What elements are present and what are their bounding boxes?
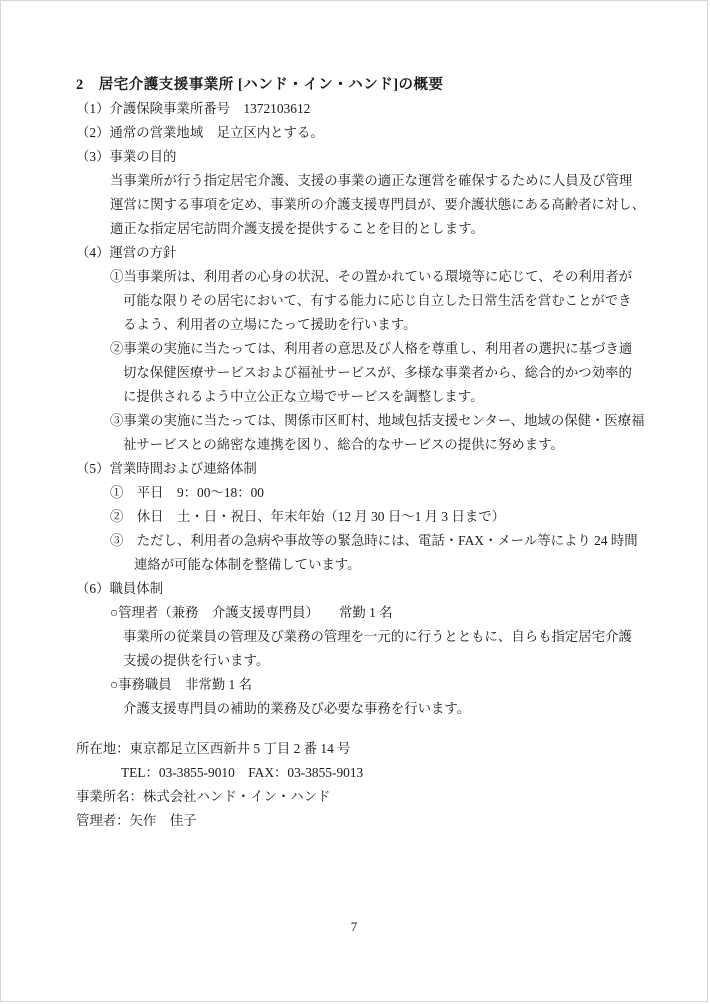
text-line: 可能な限りその居宅において、有する能力に応じ自立した日常生活を営むことができ: [123, 289, 667, 313]
text-line: （1）介護保険事業所番号 1372103612: [76, 97, 667, 121]
text-line: 連絡が可能な体制を整備しています。: [134, 553, 667, 577]
document-page: 2 居宅介護支援事業所 [ハンド・イン・ハンド]の概要 （1）介護保険事業所番号…: [0, 0, 708, 1002]
text-line: ① 平日 9：00～18：00: [110, 481, 667, 505]
text-line: ② 休日 土・日・祝日、年末年始（12 月 30 日～1 月 3 日まで）: [110, 505, 667, 529]
text-line: （3）事業の目的: [76, 145, 667, 169]
text-line: 管理者：矢作 佳子: [76, 809, 667, 833]
text-line: 運営に関する事項を定め、事業所の介護支援専門員が、要介護状態にある高齢者に対し、: [110, 193, 667, 217]
text-line: 適正な指定居宅訪問介護支援を提供することを目的とします。: [110, 217, 667, 241]
text-line: ②事業の実施に当たっては、利用者の意思及び人格を尊重し、利用者の選択に基づき適: [110, 337, 667, 361]
text-line: 介護支援専門員の補助的業務及び必要な事務を行います。: [123, 697, 667, 721]
text-line: ○事務職員 非常勤 1 名: [110, 673, 667, 697]
text-line: 祉サービスとの綿密な連携を図り、総合的なサービスの提供に努めます。: [123, 433, 667, 457]
text-line: 切な保健医療サービスおよび福祉サービスが、多様な事業者から、総合的かつ効率的: [123, 361, 667, 385]
document-lines: （1）介護保険事業所番号 1372103612（2）通常の営業地域 足立区内とす…: [76, 97, 667, 833]
text-line: ③事業の実施に当たっては、関係市区町村、地域包括支援センター、地域の保健・医療福: [110, 409, 667, 433]
text-line: ○管理者（兼務 介護支援専門員） 常勤 1 名: [110, 601, 667, 625]
text-line: 支援の提供を行います。: [123, 649, 667, 673]
text-line: （5）営業時間および連絡体制: [76, 457, 667, 481]
text-line: 当事業所が行う指定居宅介護、支援の事業の適正な運営を確保するために人員及び管理: [110, 169, 667, 193]
text-line: 事業所名：株式会社ハンド・イン・ハンド: [76, 785, 667, 809]
text-line: （2）通常の営業地域 足立区内とする。: [76, 121, 667, 145]
text-line: ③ ただし、利用者の急病や事故等の緊急時には、電話・FAX・メール等により 24…: [110, 529, 667, 553]
text-line: るよう、利用者の立場にたって援助を行います。: [123, 313, 667, 337]
document-title: 2 居宅介護支援事業所 [ハンド・イン・ハンド]の概要: [76, 73, 667, 97]
text-line: 所在地：東京都足立区西新井 5 丁目 2 番 14 号: [76, 737, 667, 761]
text-line: TEL：03-3855-9010 FAX：03-3855-9013: [121, 761, 667, 785]
text-line: （4）運営の方針: [76, 241, 667, 265]
text-line: 事業所の従業員の管理及び業務の管理を一元的に行うとともに、自らも指定居宅介護: [123, 625, 667, 649]
page-number: 7: [1, 917, 707, 937]
text-line: ①当事業所は、利用者の心身の状況、その置かれている環境等に応じて、その利用者が: [110, 265, 667, 289]
text-line: に提供されるよう中立公正な立場でサービスを調整します。: [123, 385, 667, 409]
text-line: （6）職員体制: [76, 577, 667, 601]
document-content: 2 居宅介護支援事業所 [ハンド・イン・ハンド]の概要 （1）介護保険事業所番号…: [76, 73, 667, 833]
